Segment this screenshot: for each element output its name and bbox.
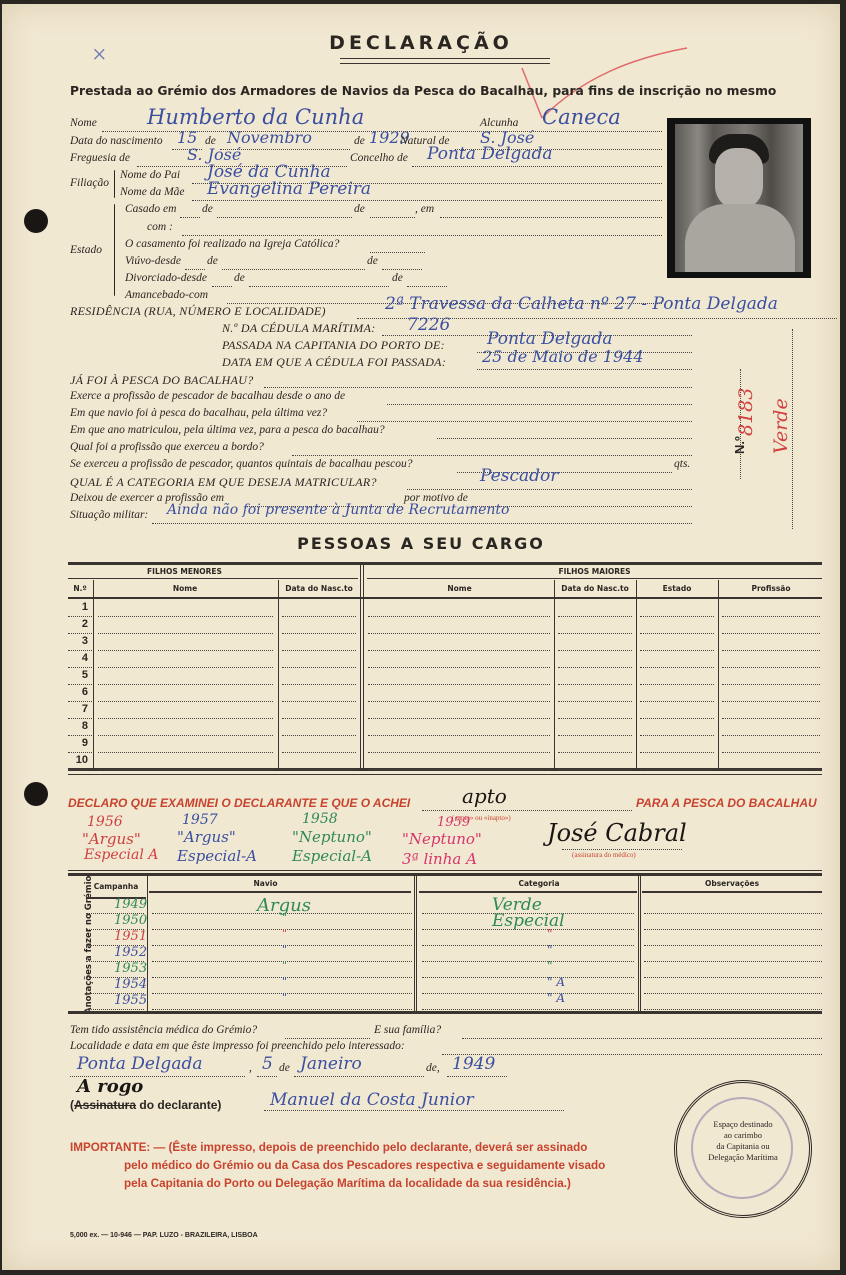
- table-cell-line[interactable]: [640, 633, 714, 634]
- col-nome-menor: Nome: [94, 584, 276, 593]
- campanha-year[interactable]: 1954: [114, 977, 147, 992]
- filhos-menores-label: FILHOS MENORES: [92, 567, 277, 576]
- table-cell-line[interactable]: [98, 684, 273, 685]
- table-cell-line[interactable]: [640, 752, 714, 753]
- col-observacoes: Observações: [642, 879, 822, 888]
- declarante-label: do declarante): [139, 1098, 221, 1112]
- cedula-value[interactable]: 7226: [407, 315, 450, 335]
- campanha-year[interactable]: 1951: [114, 929, 147, 944]
- familia-label: E sua família?: [374, 1024, 441, 1036]
- para-label: PARA A PESCA DO BACALHAU: [636, 796, 817, 810]
- campanha-navio[interactable]: ": [282, 927, 287, 940]
- table-cell-line[interactable]: [68, 701, 92, 702]
- row-number: 9: [68, 737, 88, 749]
- numero-label: N.º: [732, 436, 747, 454]
- localidade-label: Localidade e data em que êste impresso f…: [70, 1040, 405, 1052]
- importante-line-2: pelo médico do Grémio ou da Casa dos Pes…: [124, 1159, 605, 1172]
- de-label: de: [207, 255, 218, 267]
- table-cell-line[interactable]: [98, 667, 273, 668]
- table-cell-line[interactable]: [640, 667, 714, 668]
- table-cell-line[interactable]: [98, 718, 273, 719]
- table-cell-line: [644, 913, 822, 914]
- row-number: 7: [68, 703, 88, 715]
- subtitle: Prestada ao Grémio dos Armadores de Navi…: [70, 84, 776, 98]
- campanha-categoria[interactable]: " A: [547, 991, 565, 1005]
- table-cell-line[interactable]: [98, 650, 273, 651]
- de-label: de: [354, 135, 365, 147]
- table-cell-line[interactable]: [640, 650, 714, 651]
- table-cell-line[interactable]: [558, 701, 632, 702]
- de-label: de: [367, 255, 378, 267]
- cedula-label: N.º DA CÉDULA MARÍTIMA:: [222, 321, 376, 336]
- row-number: 5: [68, 669, 88, 681]
- campanha-navio[interactable]: ": [282, 959, 287, 972]
- table-cell-line[interactable]: [68, 667, 92, 668]
- table-cell-line: [644, 993, 822, 994]
- punch-hole: [24, 782, 48, 806]
- table-cell-line[interactable]: [722, 752, 820, 753]
- table-cell-line[interactable]: [98, 752, 273, 753]
- table-cell-line[interactable]: [558, 769, 632, 770]
- casado-label: Casado em: [125, 203, 176, 215]
- table-cell-line: [644, 945, 822, 946]
- row-number: 10: [68, 754, 88, 766]
- freguesia-label: Freguesia de: [70, 152, 130, 164]
- table-cell-line[interactable]: [282, 650, 356, 651]
- campanha-categoria[interactable]: ": [547, 943, 553, 957]
- annotation-category: Especial-A: [177, 847, 257, 865]
- annotation-ship: "Argus": [82, 830, 141, 848]
- assinatura-struck: Assinatura: [74, 1098, 136, 1112]
- nome-value[interactable]: Humberto da Cunha: [147, 105, 364, 129]
- annotation-year: 1958: [302, 811, 338, 827]
- table-cell-line[interactable]: [68, 616, 92, 617]
- de-label: de: [392, 272, 403, 284]
- amancebado-label: Amancebado-com: [125, 289, 208, 301]
- declaration-form: × DECLARAÇÃO Prestada ao Grémio dos Arma…: [2, 4, 840, 1270]
- table-cell-line[interactable]: [98, 769, 273, 770]
- table-cell-line[interactable]: [558, 667, 632, 668]
- row-number: 4: [68, 652, 88, 664]
- militar-label: Situação militar:: [70, 509, 148, 521]
- col-numero: N.º: [68, 584, 92, 593]
- filiacao-label: Filiação: [70, 177, 109, 189]
- residencia-label: RESIDÊNCIA (RUA, NÚMERO E LOCALIDADE): [70, 304, 326, 319]
- table-cell-line[interactable]: [68, 650, 92, 651]
- table-cell-line[interactable]: [722, 769, 820, 770]
- annotation-category: 3ª linha A: [402, 850, 477, 868]
- militar-value[interactable]: Ainda não foi presente à Junta de Recrut…: [167, 502, 509, 518]
- table-cell-line[interactable]: [282, 616, 356, 617]
- pai-label: Nome do Pai: [120, 169, 180, 181]
- table-cell-line[interactable]: [368, 735, 550, 736]
- campanha-year[interactable]: 1952: [114, 945, 147, 960]
- table-cell-line[interactable]: [98, 633, 273, 634]
- table-cell-line[interactable]: [722, 667, 820, 668]
- de-label: de,: [426, 1062, 440, 1074]
- table-cell-line[interactable]: [722, 616, 820, 617]
- ano-label: Em que ano matriculou, pela última vez, …: [70, 424, 385, 436]
- filhos-maiores-label: FILHOS MAIORES: [367, 567, 822, 576]
- table-cell-line[interactable]: [98, 735, 273, 736]
- row-number: 6: [68, 686, 88, 698]
- table-cell-line: [644, 977, 822, 978]
- table-cell-line[interactable]: [282, 769, 356, 770]
- table-cell-line[interactable]: [282, 667, 356, 668]
- assinatura-medico-hint: (assinatura do médico): [572, 851, 636, 859]
- row-number: 8: [68, 720, 88, 732]
- divorciado-label: Divorciado-desde: [125, 272, 207, 284]
- table-cell-line[interactable]: [722, 650, 820, 651]
- annotation-year: 1959: [437, 815, 470, 830]
- table-cell-line[interactable]: [722, 633, 820, 634]
- residencia-value[interactable]: 2ª Travessa da Calheta nº 27 - Ponta Del…: [385, 294, 778, 314]
- row-number: 2: [68, 618, 88, 630]
- capitania-stamp: Espaço destinado ao carimbo da Capitania…: [674, 1080, 812, 1218]
- quintais-label: Se exerceu a profissão de pescador, quan…: [70, 458, 413, 470]
- campanha-categoria[interactable]: ": [547, 927, 553, 941]
- mae-value[interactable]: Evangelina Pereira: [207, 179, 371, 199]
- campanha-categoria[interactable]: Especial: [492, 911, 565, 931]
- table-cell-line[interactable]: [640, 684, 714, 685]
- ja-foi-label: JÁ FOI À PESCA DO BACALHAU?: [70, 373, 254, 388]
- desde-label: Exerce a profissão de pescador de bacalh…: [70, 390, 345, 402]
- com-label: com :: [147, 221, 173, 233]
- categoria-label: QUAL É A CATEGORIA EM QUE DESEJA MATRICU…: [70, 475, 377, 490]
- a-rogo-note: A rogo: [77, 1076, 143, 1097]
- assistencia-label: Tem tido assistência médica do Grémio?: [70, 1024, 257, 1036]
- table-cell-line[interactable]: [68, 718, 92, 719]
- campanha-navio[interactable]: ": [282, 975, 287, 988]
- annotation-category: Especial-A: [292, 847, 372, 865]
- table-cell-line[interactable]: [722, 718, 820, 719]
- campanha-categoria[interactable]: " A: [547, 975, 565, 989]
- table-cell-line[interactable]: [68, 684, 92, 685]
- table-cell-line[interactable]: [722, 701, 820, 702]
- data-cedula-value[interactable]: 25 de Maio de 1944: [482, 347, 644, 366]
- data-cedula-label: DATA EM QUE A CÉDULA FOI PASSADA:: [222, 355, 446, 370]
- col-campanha: Campanha: [86, 882, 146, 891]
- medico-signature[interactable]: José Cabral: [547, 819, 687, 847]
- mae-label: Nome da Mãe: [120, 186, 185, 198]
- table-cell-line[interactable]: [282, 633, 356, 634]
- qts-label: qts.: [674, 458, 690, 470]
- annotation-year: 1956: [87, 814, 123, 830]
- id-photo: [667, 118, 811, 278]
- importante-line-1: IMPORTANTE: — (Êste impresso, depois de …: [70, 1141, 587, 1154]
- table-cell-line[interactable]: [722, 684, 820, 685]
- annotation-year: 1957: [182, 812, 218, 828]
- table-cell-line: [644, 961, 822, 962]
- table-cell-line: [422, 961, 634, 962]
- table-cell-line[interactable]: [282, 735, 356, 736]
- dia-value[interactable]: 5: [262, 1054, 273, 1074]
- table-cell-line: [152, 1009, 412, 1010]
- annotation-ship: "Neptuno": [402, 830, 482, 848]
- table-cell-line[interactable]: [368, 769, 550, 770]
- table-cell-line[interactable]: [558, 650, 632, 651]
- table-cell-line[interactable]: [68, 735, 92, 736]
- col-nasc-maior: Data do Nasc.to: [556, 584, 634, 593]
- table-cell-line[interactable]: [368, 650, 550, 651]
- table-cell-line: [422, 993, 634, 994]
- table-cell-line[interactable]: [558, 718, 632, 719]
- categoria-value[interactable]: Pescador: [480, 466, 558, 486]
- annotation-category: Especial A: [84, 847, 158, 863]
- campanha-navio[interactable]: ": [282, 991, 287, 1004]
- table-cell-line[interactable]: [368, 684, 550, 685]
- campanha-categoria[interactable]: ": [547, 959, 553, 973]
- table-cell-line[interactable]: [98, 701, 273, 702]
- table-cell-line[interactable]: [722, 735, 820, 736]
- achei-value[interactable]: apto: [462, 784, 507, 808]
- table-cell-line[interactable]: [640, 701, 714, 702]
- table-cell-line: [86, 1009, 144, 1010]
- em-label: , em: [415, 203, 434, 215]
- importante-line-3: pela Capitania do Porto ou Delegação Mar…: [124, 1177, 571, 1190]
- campanha-navio[interactable]: ": [282, 911, 287, 924]
- table-cell-line[interactable]: [558, 616, 632, 617]
- annotation-ship: "Argus": [177, 828, 236, 846]
- profissao-label: Qual foi a profissão que exerceu a bordo…: [70, 441, 264, 453]
- table-cell-line: [422, 1009, 634, 1010]
- table-cell-line[interactable]: [368, 616, 550, 617]
- col-nasc-menor: Data do Nasc.to: [280, 584, 358, 593]
- page-title: DECLARAÇÃO: [2, 32, 840, 54]
- capitania-value[interactable]: Ponta Delgada: [487, 329, 612, 349]
- igreja-label: O casamento foi realizado na Igreja Cató…: [125, 238, 339, 250]
- campanha-year[interactable]: 1955: [114, 993, 147, 1008]
- assinatura-label: (Assinatura do declarante): [70, 1098, 221, 1112]
- table-cell-line[interactable]: [368, 633, 550, 634]
- table-cell-line[interactable]: [368, 667, 550, 668]
- table-cell-line[interactable]: [368, 718, 550, 719]
- campanha-year[interactable]: 1953: [114, 961, 147, 976]
- table-cell-line[interactable]: [98, 616, 273, 617]
- table-cell-line[interactable]: [282, 752, 356, 753]
- declaro-label: DECLARO QUE EXAMINEI O DECLARANTE E QUE …: [68, 796, 410, 810]
- concelho-label: Concelho de: [350, 152, 408, 164]
- table-cell-line: [644, 929, 822, 930]
- table-cell-line[interactable]: [640, 769, 714, 770]
- title-underline: [340, 58, 550, 64]
- table-cell-line[interactable]: [558, 752, 632, 753]
- punch-hole: [24, 209, 48, 233]
- table-cell-line[interactable]: [282, 701, 356, 702]
- estado-label: Estado: [70, 244, 102, 256]
- nome-label: Nome: [70, 117, 97, 129]
- de-label: de: [354, 203, 365, 215]
- table-cell-line[interactable]: [368, 701, 550, 702]
- mes-value[interactable]: Janeiro: [300, 1054, 362, 1074]
- table-cell-line: [644, 1009, 822, 1010]
- table-cell-line: [422, 945, 634, 946]
- table-cell-line[interactable]: [282, 684, 356, 685]
- col-profissao: Profissão: [720, 584, 822, 593]
- navio-label: Em que navio foi à pesca do bacalhau, pe…: [70, 407, 327, 419]
- table-cell-line[interactable]: [640, 718, 714, 719]
- table-cell-line[interactable]: [282, 718, 356, 719]
- printer-note: 5,000 ex. — 10-946 — PAP. LUZO - BRAZILE…: [70, 1232, 258, 1239]
- table-cell-line[interactable]: [558, 684, 632, 685]
- pessoas-title: PESSOAS A SEU CARGO: [2, 534, 840, 553]
- col-nome-maior: Nome: [367, 584, 552, 593]
- col-estado: Estado: [638, 584, 716, 593]
- alcunha-value[interactable]: Caneca: [542, 105, 621, 129]
- table-cell-line[interactable]: [558, 735, 632, 736]
- table-cell-line[interactable]: [68, 769, 92, 770]
- campanha-year[interactable]: 1949: [114, 897, 147, 912]
- campanha-navio[interactable]: ": [282, 943, 287, 956]
- annotation-ship: "Neptuno": [292, 828, 372, 846]
- table-cell-line: [422, 977, 634, 978]
- campanha-year[interactable]: 1950: [114, 913, 147, 928]
- de-label: de: [279, 1062, 290, 1074]
- table-cell-line[interactable]: [640, 616, 714, 617]
- capitania-label: PASSADA NA CAPITANIA DO PORTO DE:: [222, 338, 445, 353]
- table-cell-line[interactable]: [558, 633, 632, 634]
- row-number: 1: [68, 601, 88, 613]
- declarante-signature[interactable]: Manuel da Costa Junior: [270, 1090, 474, 1110]
- viuvo-label: Viúvo-desde: [125, 255, 181, 267]
- table-cell-line[interactable]: [68, 752, 92, 753]
- numero-value[interactable]: 8183: [735, 388, 757, 436]
- de-label: de: [202, 203, 213, 215]
- local-value[interactable]: Ponta Delgada: [77, 1054, 202, 1074]
- table-cell-line[interactable]: [368, 752, 550, 753]
- table-cell-line[interactable]: [640, 735, 714, 736]
- row-number: 3: [68, 635, 88, 647]
- nascimento-label: Data do nascimento: [70, 135, 163, 147]
- side-note-value[interactable]: Verde: [770, 398, 792, 454]
- ano-value[interactable]: 1949: [452, 1054, 495, 1074]
- concelho-value[interactable]: Ponta Delgada: [427, 144, 552, 164]
- table-cell-line[interactable]: [68, 633, 92, 634]
- de-label: de: [234, 272, 245, 284]
